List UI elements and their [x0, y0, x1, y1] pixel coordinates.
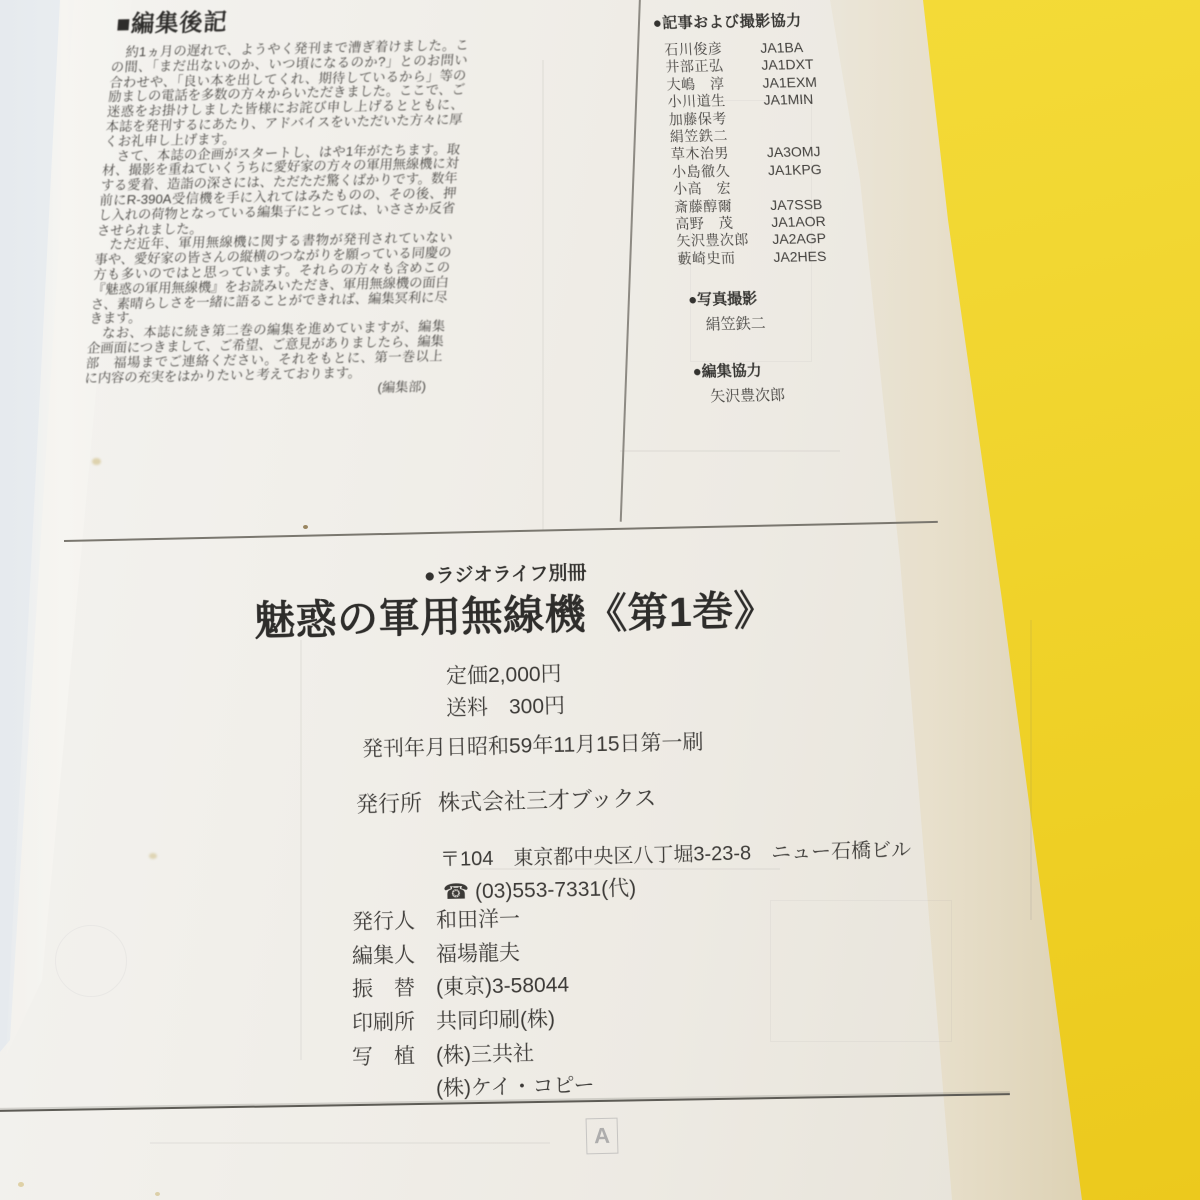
- colophon-value: 和田洋一: [436, 902, 521, 934]
- contributor-name: 矢沢豊次郎: [676, 231, 773, 250]
- colophon-row: 発行人和田洋一: [352, 902, 521, 936]
- ghost-line: [150, 1142, 550, 1144]
- stain: [18, 1182, 24, 1187]
- contributor-list: 石川俊彦JA1BA 井部正弘JA1DXT 大嶋 淳JA1EXM 小川道生JA1M…: [664, 38, 883, 268]
- contributor-callsign: JA3OMJ: [766, 143, 821, 161]
- contributor-callsign: JA1BA: [760, 39, 804, 57]
- photography-credit-name: 絹笠鉄二: [705, 310, 887, 334]
- publisher-address: 〒104 東京都中央区八丁堀3-23-8 ニュー石橋ビル: [440, 833, 912, 872]
- colophon-label: 写 植: [352, 1040, 423, 1071]
- editor-note: ■編集後記 約1ヵ月の遅れで、ようやく発刊まで漕ぎ着けました。この間、「まだ出な…: [83, 0, 473, 401]
- contributor-row: 藪崎史而JA2HES: [677, 247, 883, 268]
- publisher-name: 株式会社三才ブックス: [438, 786, 657, 816]
- contributor-name: 加藤保考: [668, 110, 765, 129]
- editor-note-heading: ■編集後記: [115, 0, 472, 39]
- colophon-label: [352, 1073, 423, 1104]
- ghost-line: [542, 60, 544, 530]
- price-line: 定価2,000円: [446, 658, 562, 690]
- shipping-line: 送料 300円: [446, 690, 566, 722]
- contributor-name: 小川道生: [667, 92, 764, 111]
- stain: [92, 458, 101, 465]
- editing-credit-name: 矢沢豊次郎: [709, 382, 891, 406]
- ghost-show-through-letter: A: [586, 1118, 619, 1155]
- column-divider-line: [620, 0, 641, 522]
- colophon-label: 振 替: [352, 972, 423, 1003]
- contributor-callsign: JA2HES: [773, 248, 827, 266]
- editor-note-paragraph: なお、本誌に続き第二巻の編集を進めていますが、編集企画面につきまして、ご希望、ご…: [84, 320, 446, 387]
- stain: [149, 853, 157, 859]
- colophon-row: 印刷所共同印刷(株): [352, 1003, 556, 1037]
- colophon-label: 発行人: [352, 905, 423, 936]
- contributor-name: 井部正弘: [665, 57, 762, 76]
- contributor-name: 藪崎史而: [677, 249, 774, 268]
- book-title: 魅惑の軍用無線機《第1巻》: [253, 577, 775, 647]
- ghost-line: [1030, 620, 1032, 920]
- colophon-row: (株)ケイ・コピー: [352, 1069, 595, 1104]
- colophon-label: 編集人: [352, 939, 423, 970]
- ghost-circle: [55, 925, 127, 997]
- colophon-row: 振 替(東京)3-58044: [352, 968, 570, 1003]
- contributor-name: 小島徹久: [672, 162, 769, 181]
- contributor-name: 草木治男: [670, 144, 767, 163]
- publisher-label: 発行所: [356, 791, 423, 817]
- contributor-callsign: JA1KPG: [767, 161, 822, 179]
- editing-credit: ●編集協力 矢沢豊次郎: [692, 357, 892, 407]
- ghost-line: [620, 450, 840, 452]
- colophon-value: (東京)3-58044: [436, 968, 570, 1001]
- contributor-callsign: JA7SSB: [770, 196, 823, 214]
- credits-heading: ●記事および撮影協力: [652, 8, 868, 33]
- contributor-callsign: JA1AOR: [771, 213, 827, 231]
- credits-column: ●記事および撮影協力 石川俊彦JA1BA 井部正弘JA1DXT 大嶋 淳JA1E…: [652, 8, 892, 407]
- speck: [303, 525, 308, 529]
- section-rule: [64, 521, 938, 542]
- publisher-row: 発行所株式会社三才ブックス: [356, 782, 657, 819]
- colophon-value: (株)三共社: [436, 1037, 535, 1069]
- stain: [155, 1192, 160, 1196]
- editor-note-paragraph: さて、本誌の企画がスタートし、はや1年がたちます。取材、撮影を重ねていくうちに愛…: [96, 142, 460, 238]
- editor-note-paragraph: ただ近年、軍用無線機に関する書物が発刊されていない事や、愛好家の皆さんの縦横のつ…: [89, 231, 453, 327]
- contributor-callsign: JA1DXT: [761, 56, 814, 74]
- editing-credit-heading: ●編集協力: [692, 357, 890, 382]
- colophon-value: 共同印刷(株): [436, 1003, 556, 1035]
- contributor-name: 小高 宏: [673, 179, 770, 198]
- colophon-value: (株)ケイ・コピー: [436, 1069, 595, 1102]
- ghost-line: [300, 640, 302, 1060]
- contributor-callsign: JA2AGP: [772, 230, 827, 248]
- ghost-box: [770, 900, 952, 1042]
- colophon-label: 印刷所: [352, 1006, 423, 1037]
- photography-credit: ●写真撮影 絹笠鉄二: [687, 285, 887, 335]
- publisher-phone: ☎ (03)553-7331(代): [443, 872, 637, 906]
- book-page-photo: ■編集後記 約1ヵ月の遅れで、ようやく発刊まで漕ぎ着けました。この間、「まだ出な…: [0, 0, 1200, 1200]
- colophon-row: 写 植(株)三共社: [352, 1037, 535, 1071]
- contributor-name: 高野 茂: [675, 214, 772, 233]
- photography-credit-heading: ●写真撮影: [687, 285, 885, 310]
- colophon-row: 編集人福場龍夫: [352, 936, 521, 970]
- contributor-callsign: JA1EXM: [762, 74, 818, 92]
- contributor-name: 大嶋 淳: [666, 75, 763, 94]
- contributor-name: 石川俊彦: [664, 40, 761, 59]
- editor-note-paragraph: 約1ヵ月の遅れで、ようやく発刊まで漕ぎ着けました。この間、「まだ出ないのか、いつ…: [104, 39, 469, 150]
- colophon-value: 福場龍夫: [436, 936, 521, 968]
- contributor-callsign: JA1MIN: [763, 91, 814, 109]
- publication-date: 発刊年月日昭和59年11月15日第一刷: [362, 726, 704, 763]
- contributor-name: 絹笠鉄二: [669, 127, 766, 146]
- contributor-name: 斎藤醇爾: [674, 197, 771, 216]
